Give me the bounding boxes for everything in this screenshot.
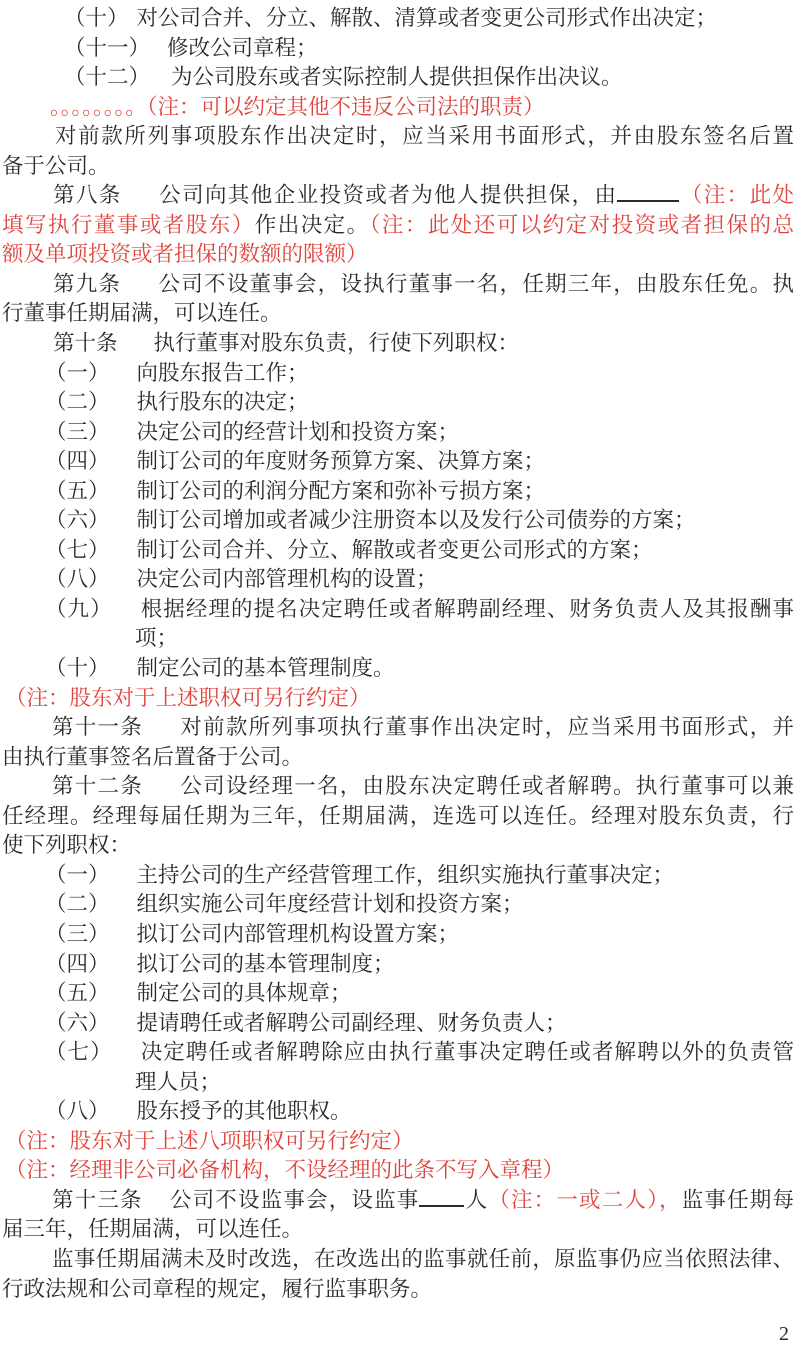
body-text: 任经理。经理每届任期为三年，任期届满，连选可以连任。经理对股东负责，行 bbox=[2, 804, 794, 828]
text-line: 理人员； bbox=[2, 1068, 794, 1098]
body-text: 第十一条 bbox=[52, 715, 143, 739]
text-line: 第十三条公司不设监事会，设监事人（注：一或二人），监事任期每 bbox=[2, 1186, 794, 1216]
body-text: 制订公司增加或者减少注册资本以及发行公司债券的方案； bbox=[137, 508, 696, 532]
body-text: （八） bbox=[45, 1099, 110, 1123]
text-line: （注：经理非公司必备机构，不设经理的此条不写入章程） bbox=[2, 1156, 794, 1186]
body-text: （七） bbox=[45, 1040, 113, 1064]
body-text: （十） bbox=[45, 656, 110, 680]
body-text: 公司不设监事会，设监事 bbox=[169, 1188, 420, 1212]
fill-in-blank bbox=[617, 183, 679, 202]
body-text: 第八条 bbox=[53, 183, 122, 207]
text-line: 对前款所列事项股东作出决定时，应当采用书面形式，并由股东签名后置 bbox=[2, 122, 794, 152]
text-line: 任经理。经理每届任期为三年，任期届满，连选可以连任。经理对股东负责，行 bbox=[2, 802, 794, 832]
text-line: （七）制订公司合并、分立、解散或者变更公司形式的方案； bbox=[2, 536, 794, 566]
body-text: 执行股东的决定； bbox=[137, 390, 309, 414]
body-text: 拟订公司内部管理机构设置方案； bbox=[137, 922, 460, 946]
body-text: 制定公司的基本管理制度。 bbox=[137, 656, 395, 680]
body-text: 修改公司章程； bbox=[167, 36, 318, 60]
body-text: 制订公司的利润分配方案和弥补亏损方案； bbox=[137, 479, 546, 503]
body-text: 人 bbox=[464, 1188, 488, 1212]
body-text: 制定公司的具体规章； bbox=[137, 981, 352, 1005]
body-text: 备于公司。 bbox=[2, 154, 110, 178]
text-line: （三）决定公司的经营计划和投资方案； bbox=[2, 418, 794, 448]
body-text: （三） bbox=[45, 420, 110, 444]
body-text: 决定公司内部管理机构的设置； bbox=[137, 567, 438, 591]
body-text: 作出决定。 bbox=[255, 213, 370, 237]
page-number: 2 bbox=[779, 1322, 789, 1346]
text-line: 项； bbox=[2, 624, 794, 654]
text-line: （十）对公司合并、分立、解散、清算或者变更公司形式作出决定； bbox=[2, 4, 794, 34]
body-text: （十一） bbox=[64, 36, 150, 60]
body-text: （二） bbox=[45, 390, 110, 414]
body-text: 决定聘任或者解聘除应由执行董事决定聘任或者解聘以外的负责管 bbox=[140, 1040, 794, 1064]
annotation-text: 额及单项投资或者担保的数额的限额） bbox=[2, 242, 368, 266]
body-text: （十二） bbox=[64, 65, 150, 89]
body-text: 根据经理的提名决定聘任或者解聘副经理、财务负责人及其报酬事 bbox=[140, 597, 794, 621]
annotation-text: （注：一或二人）， bbox=[488, 1188, 681, 1212]
body-text: （一） bbox=[45, 863, 110, 887]
body-text: 行政法规和公司章程的规定，履行监事职务。 bbox=[2, 1277, 432, 1301]
text-line: 行政法规和公司章程的规定，履行监事职务。 bbox=[2, 1275, 794, 1305]
text-line: （六）制订公司增加或者减少注册资本以及发行公司债券的方案； bbox=[2, 506, 794, 536]
body-text: 第十条 bbox=[53, 331, 118, 355]
annotation-text: （注：此处 bbox=[679, 183, 794, 207]
text-line: 第九条公司不设董事会，设执行董事一名，任期三年，由股东任免。执 bbox=[2, 270, 794, 300]
text-line: （十）制定公司的基本管理制度。 bbox=[2, 654, 794, 684]
body-text: （十） bbox=[64, 6, 129, 30]
text-line: 额及单项投资或者担保的数额的限额） bbox=[2, 240, 794, 270]
text-line: （一）向股东报告工作； bbox=[2, 359, 794, 389]
body-text: （五） bbox=[45, 981, 110, 1005]
body-text: （六） bbox=[45, 1011, 110, 1035]
body-text: （四） bbox=[45, 449, 110, 473]
annotation-text: （注：股东对于上述八项职权可另行约定） bbox=[5, 1129, 414, 1153]
text-line: （十一）修改公司章程； bbox=[2, 34, 794, 64]
body-text: （六） bbox=[45, 508, 110, 532]
text-line: 第八条公司向其他企业投资或者为他人提供担保，由（注：此处 bbox=[2, 181, 794, 211]
body-text: 为公司股东或者实际控制人提供担保作出决议。 bbox=[171, 65, 623, 89]
text-line: 届三年，任期届满，可以连任。 bbox=[2, 1215, 794, 1245]
body-text: 第九条 bbox=[53, 272, 121, 296]
body-text: 监事任期每 bbox=[682, 1188, 794, 1212]
text-line: （六）提请聘任或者解聘公司副经理、财务负责人； bbox=[2, 1009, 794, 1039]
text-line: （三）拟订公司内部管理机构设置方案； bbox=[2, 920, 794, 950]
text-line: （五）制定公司的具体规章； bbox=[2, 979, 794, 1009]
body-text: 执行董事对股东负责，行使下列职权： bbox=[154, 331, 520, 355]
text-line: 第十条执行董事对股东负责，行使下列职权： bbox=[2, 329, 794, 359]
body-text: 公司向其他企业投资或者为他人提供担保，由 bbox=[158, 183, 618, 207]
body-text: 制订公司的年度财务预算方案、决算方案； bbox=[137, 449, 546, 473]
text-line: （七）决定聘任或者解聘除应由执行董事决定聘任或者解聘以外的负责管 bbox=[2, 1038, 794, 1068]
body-text: 使下列职权： bbox=[2, 833, 131, 857]
body-text: 项； bbox=[135, 626, 178, 650]
text-line: （五）制订公司的利润分配方案和弥补亏损方案； bbox=[2, 477, 794, 507]
body-text: （七） bbox=[45, 538, 110, 562]
text-line: 由执行董事签名后置备于公司。 bbox=[2, 743, 794, 773]
text-line: 备于公司。 bbox=[2, 152, 794, 182]
annotation-text: （注：股东对于上述职权可另行约定） bbox=[5, 686, 371, 710]
text-line: （八）决定公司内部管理机构的设置； bbox=[2, 565, 794, 595]
body-text: 向股东报告工作； bbox=[137, 361, 309, 385]
text-line: （二）执行股东的决定； bbox=[2, 388, 794, 418]
body-text: （五） bbox=[45, 479, 110, 503]
text-line: 使下列职权： bbox=[2, 831, 794, 861]
text-line: （十二）为公司股东或者实际控制人提供担保作出决议。 bbox=[2, 63, 794, 93]
body-text: （三） bbox=[45, 922, 110, 946]
body-text: （一） bbox=[45, 361, 110, 385]
body-text: 行董事任期届满，可以连任。 bbox=[2, 301, 282, 325]
body-text: 对前款所列事项执行董事作出决定时，应当采用书面形式，并 bbox=[179, 715, 794, 739]
text-line: 第十二条公司设经理一名，由股东决定聘任或者解聘。执行董事可以兼 bbox=[2, 772, 794, 802]
body-text: 制订公司合并、分立、解散或者变更公司形式的方案； bbox=[137, 538, 653, 562]
body-text: 对前款所列事项股东作出决定时，应当采用书面形式，并由股东签名后置 bbox=[55, 124, 794, 148]
body-text: 主持公司的生产经营管理工作，组织实施执行董事决定； bbox=[137, 863, 675, 887]
body-text: （二） bbox=[45, 892, 110, 916]
body-text: 股东授予的其他职权。 bbox=[137, 1099, 352, 1123]
body-text: 公司设经理一名，由股东决定聘任或者解聘。执行董事可以兼 bbox=[179, 774, 794, 798]
body-text: 对公司合并、分立、解散、清算或者变更公司形式作出决定； bbox=[137, 6, 718, 30]
document-page: （十）对公司合并、分立、解散、清算或者变更公司形式作出决定；（十一）修改公司章程… bbox=[0, 0, 800, 1359]
text-line: 第十一条对前款所列事项执行董事作出决定时，应当采用书面形式，并 bbox=[2, 713, 794, 743]
body-text: （四） bbox=[45, 952, 110, 976]
text-line: 监事任期届满未及时改选，在改选出的监事就任前，原监事仍应当依照法律、 bbox=[2, 1245, 794, 1275]
text-line: （注：股东对于上述职权可另行约定） bbox=[2, 684, 794, 714]
body-text: 届三年，任期届满，可以连任。 bbox=[2, 1217, 303, 1241]
text-line: 填写执行董事或者股东）作出决定。（注：此处还可以约定对投资或者担保的总 bbox=[2, 211, 794, 241]
text-line: （四）拟订公司的基本管理制度； bbox=[2, 950, 794, 980]
body-text: （八） bbox=[45, 567, 110, 591]
document-body: （十）对公司合并、分立、解散、清算或者变更公司形式作出决定；（十一）修改公司章程… bbox=[2, 4, 794, 1304]
body-text: 决定公司的经营计划和投资方案； bbox=[137, 420, 460, 444]
body-text: 公司不设董事会，设执行董事一名，任期三年，由股东任免。执 bbox=[157, 272, 794, 296]
body-text: 第十二条 bbox=[52, 774, 143, 798]
body-text: 第十三条 bbox=[52, 1188, 143, 1212]
body-text: 理人员； bbox=[135, 1070, 221, 1094]
fill-in-blank bbox=[419, 1188, 464, 1207]
text-line: （注：股东对于上述八项职权可另行约定） bbox=[2, 1127, 794, 1157]
body-text: 由执行董事签名后置备于公司。 bbox=[2, 745, 303, 769]
annotation-text: 填写执行董事或者股东） bbox=[2, 213, 255, 237]
body-text: 监事任期届满未及时改选，在改选出的监事就任前，原监事仍应当依照法律、 bbox=[52, 1247, 794, 1271]
text-line: （一）主持公司的生产经营管理工作，组织实施执行董事决定； bbox=[2, 861, 794, 891]
body-text: 提请聘任或者解聘公司副经理、财务负责人； bbox=[137, 1011, 567, 1035]
annotation-text: （注：经理非公司必备机构，不设经理的此条不写入章程） bbox=[5, 1158, 564, 1182]
text-line: （八）股东授予的其他职权。 bbox=[2, 1097, 794, 1127]
text-line: （九）根据经理的提名决定聘任或者解聘副经理、财务负责人及其报酬事 bbox=[2, 595, 794, 625]
text-line: （二）组织实施公司年度经营计划和投资方案； bbox=[2, 890, 794, 920]
annotation-text: 。。。。。。。。（注：可以约定其他不违反公司法的职责） bbox=[50, 95, 545, 119]
annotation-text: （注：此处还可以约定对投资或者担保的总 bbox=[370, 213, 794, 237]
text-line: 行董事任期届满，可以连任。 bbox=[2, 299, 794, 329]
text-line: （四）制订公司的年度财务预算方案、决算方案； bbox=[2, 447, 794, 477]
text-line: 。。。。。。。。（注：可以约定其他不违反公司法的职责） bbox=[2, 93, 794, 123]
body-text: 拟订公司的基本管理制度； bbox=[137, 952, 395, 976]
body-text: 组织实施公司年度经营计划和投资方案； bbox=[137, 892, 524, 916]
body-text: （九） bbox=[45, 597, 113, 621]
